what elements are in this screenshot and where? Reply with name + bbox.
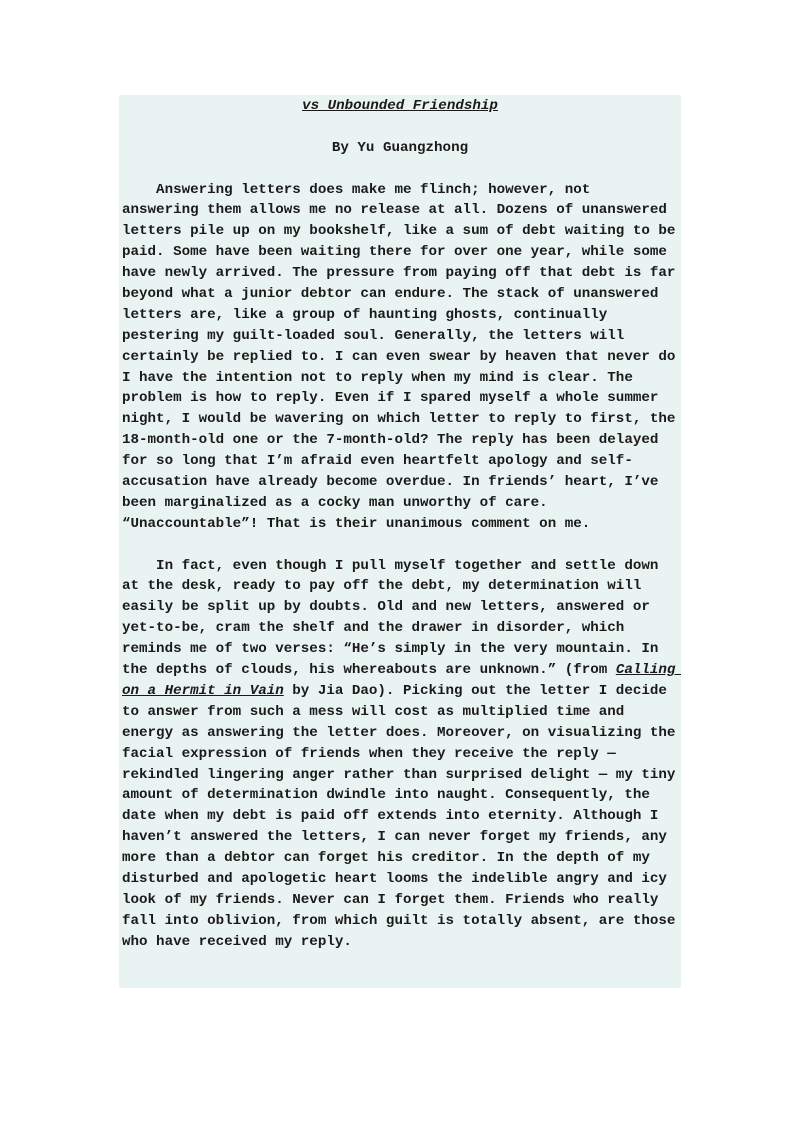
text-segment: haven’t answered the letters, I can neve…	[122, 829, 667, 845]
spacer	[122, 159, 681, 180]
text-line: fall into oblivion, from which guilt is …	[122, 911, 681, 932]
text-line: certainly be replied to. I can even swea…	[122, 347, 681, 368]
text-segment: accusation have already become overdue. …	[122, 474, 658, 490]
text-segment: look of my friends. Never can I forget t…	[122, 892, 658, 908]
text-segment: rekindled lingering anger rather than su…	[122, 767, 675, 783]
spacer	[122, 117, 681, 138]
text-line: problem is how to reply. Even if I spare…	[122, 388, 681, 409]
text-line: have newly arrived. The pressure from pa…	[122, 263, 681, 284]
text-segment: more than a debtor can forget his credit…	[122, 850, 650, 866]
text-line: disturbed and apologetic heart looms the…	[122, 869, 681, 890]
text-segment: facial expression of friends when they r…	[122, 746, 616, 762]
spacer	[122, 535, 681, 556]
text-line: yet-to-be, cram the shelf and the drawer…	[122, 618, 681, 639]
text-segment: Answering letters does make me flinch; h…	[122, 182, 590, 198]
text-line: pestering my guilt-loaded soul. Generall…	[122, 326, 681, 347]
text-line: date when my debt is paid off extends in…	[122, 806, 681, 827]
text-line: more than a debtor can forget his credit…	[122, 848, 681, 869]
text-line: been marginalized as a cocky man unworth…	[122, 493, 681, 514]
text-segment: yet-to-be, cram the shelf and the drawer…	[122, 620, 624, 636]
text-segment: reminds me of two verses: “He’s simply i…	[122, 641, 658, 657]
text-segment: problem is how to reply. Even if I spare…	[122, 390, 658, 406]
text-segment: who have received my reply.	[122, 934, 352, 950]
text-segment: In fact, even though I pull myself toget…	[122, 558, 658, 574]
text-segment: amount of determination dwindle into nau…	[122, 787, 650, 803]
text-line: answering them allows me no release at a…	[122, 200, 681, 221]
text-line: reminds me of two verses: “He’s simply i…	[122, 639, 681, 660]
text-line: Answering letters does make me flinch; h…	[122, 180, 681, 201]
text-line: letters pile up on my bookshelf, like a …	[122, 221, 681, 242]
text-segment: to answer from such a mess will cost as …	[122, 704, 624, 720]
text-segment: the depths of clouds, his whereabouts ar…	[122, 662, 616, 678]
text-line: facial expression of friends when they r…	[122, 744, 681, 765]
text-segment: disturbed and apologetic heart looms the…	[122, 871, 667, 887]
text-segment: have newly arrived. The pressure from pa…	[122, 265, 675, 281]
text-segment: night, I would be wavering on which lett…	[122, 411, 675, 427]
text-line: night, I would be wavering on which lett…	[122, 409, 681, 430]
text-line: at the desk, ready to pay off the debt, …	[122, 576, 681, 597]
book-title-reference: Calling	[616, 662, 681, 678]
text-segment: by Jia Dao). Picking out the letter I de…	[284, 683, 667, 699]
text-line: for so long that I’m afraid even heartfe…	[122, 451, 681, 472]
text-line: paid. Some have been waiting there for o…	[122, 242, 681, 263]
text-line: “Unaccountable”! That is their unanimous…	[122, 514, 681, 535]
text-line: In fact, even though I pull myself toget…	[122, 556, 681, 577]
text-line: rekindled lingering anger rather than su…	[122, 765, 681, 786]
text-segment: for so long that I’m afraid even heartfe…	[122, 453, 633, 469]
text-line: haven’t answered the letters, I can neve…	[122, 827, 681, 848]
paragraph-2: In fact, even though I pull myself toget…	[122, 556, 681, 953]
text-line: amount of determination dwindle into nau…	[122, 785, 681, 806]
text-line: 18-month-old one or the 7-month-old? The…	[122, 430, 681, 451]
text-segment: at the desk, ready to pay off the debt, …	[122, 578, 641, 594]
text-segment: 18-month-old one or the 7-month-old? The…	[122, 432, 658, 448]
text-line: to answer from such a mess will cost as …	[122, 702, 681, 723]
book-title-reference: on a Hermit in Vain	[122, 683, 284, 699]
text-line: accusation have already become overdue. …	[122, 472, 681, 493]
text-segment: date when my debt is paid off extends in…	[122, 808, 658, 824]
text-line: the depths of clouds, his whereabouts ar…	[122, 660, 681, 681]
text-segment: easily be split up by doubts. Old and ne…	[122, 599, 650, 615]
document: vs Unbounded Friendship By Yu Guangzhong…	[119, 95, 681, 988]
text-line: beyond what a junior debtor can endure. …	[122, 284, 681, 305]
text-segment: I have the intention not to reply when m…	[122, 370, 633, 386]
text-segment: letters are, like a group of haunting gh…	[122, 307, 607, 323]
document-title: vs Unbounded Friendship	[122, 96, 681, 117]
document-byline: By Yu Guangzhong	[122, 138, 681, 159]
text-segment: energy as answering the letter does. Mor…	[122, 725, 675, 741]
text-line: I have the intention not to reply when m…	[122, 368, 681, 389]
text-segment: letters pile up on my bookshelf, like a …	[122, 223, 675, 239]
text-segment: “Unaccountable”! That is their unanimous…	[122, 516, 590, 532]
text-segment: been marginalized as a cocky man unworth…	[122, 495, 548, 511]
paragraph-1: Answering letters does make me flinch; h…	[122, 180, 681, 535]
text-segment: answering them allows me no release at a…	[122, 202, 667, 218]
text-line: who have received my reply.	[122, 932, 681, 953]
text-line: easily be split up by doubts. Old and ne…	[122, 597, 681, 618]
text-segment: beyond what a junior debtor can endure. …	[122, 286, 658, 302]
text-line: on a Hermit in Vain by Jia Dao). Picking…	[122, 681, 681, 702]
text-segment: pestering my guilt-loaded soul. Generall…	[122, 328, 624, 344]
text-line: energy as answering the letter does. Mor…	[122, 723, 681, 744]
text-segment: paid. Some have been waiting there for o…	[122, 244, 667, 260]
text-line: look of my friends. Never can I forget t…	[122, 890, 681, 911]
page: { "colors": { "page_background": "#fffff…	[0, 0, 800, 1132]
text-segment: certainly be replied to. I can even swea…	[122, 349, 675, 365]
text-line: letters are, like a group of haunting gh…	[122, 305, 681, 326]
text-segment: fall into oblivion, from which guilt is …	[122, 913, 675, 929]
